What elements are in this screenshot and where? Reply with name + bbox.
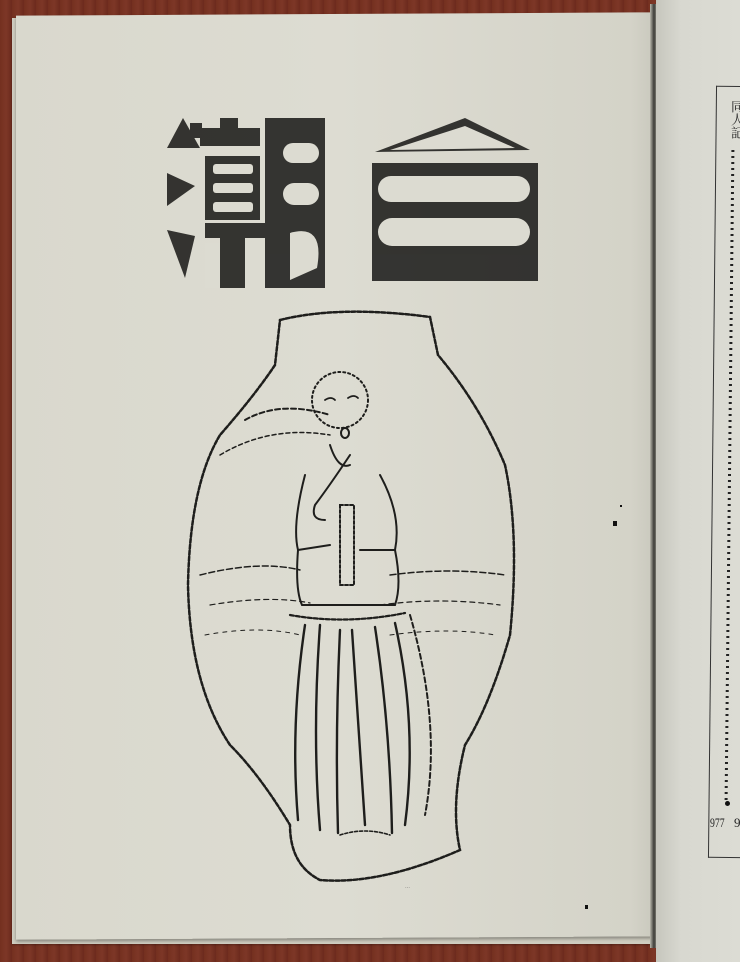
toc-heading: 同人記 (727, 100, 740, 139)
ink-speck (613, 521, 617, 526)
title-char-chao (165, 118, 335, 288)
illustration-caption: … (405, 884, 411, 890)
title-char-bai (370, 118, 540, 288)
toc-page-number: 977 (710, 815, 725, 831)
book-title: 白潮 (165, 118, 545, 288)
ink-speck (620, 505, 622, 507)
ink-speck (585, 905, 588, 909)
vase-illustration (180, 305, 525, 895)
toc-page-number-partial: 9 (734, 815, 740, 831)
toc-bullet (725, 801, 730, 806)
